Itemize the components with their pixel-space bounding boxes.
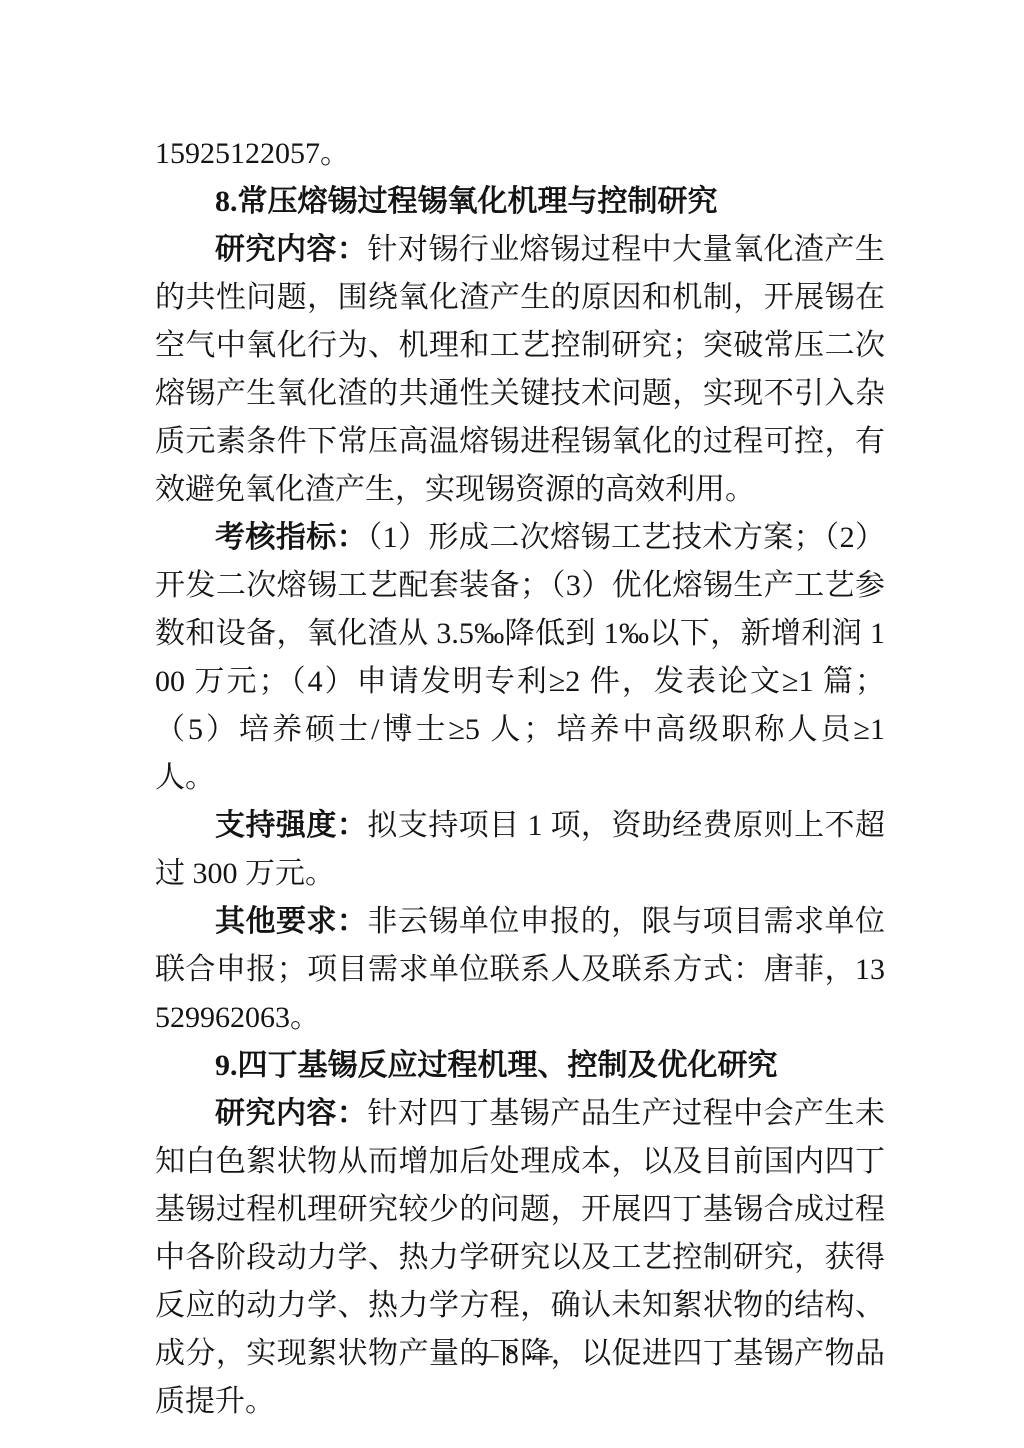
research-content-label: 研究内容： (215, 233, 367, 266)
section-8-heading: 8.常压熔锡过程锡氧化机理与控制研究 (155, 178, 885, 226)
support-strength-label: 支持强度： (215, 809, 367, 842)
section-8-research-content: 研究内容：针对锡行业熔锡过程中大量氧化渣产生的共性问题，围绕氧化渣产生的原因和机… (155, 226, 885, 514)
section-8-other-requirements: 其他要求：非云锡单位申报的，限与项目需求单位联合申报；项目需求单位联系人及联系方… (155, 898, 885, 1042)
paragraph-continuation-phone: 15925122057。 (155, 130, 885, 178)
research-content-text: 针对锡行业熔锡过程中大量氧化渣产生的共性问题，围绕氧化渣产生的原因和机制，开展锡… (155, 233, 885, 506)
assessment-indicators-label: 考核指标： (215, 521, 367, 554)
section-8-support-strength: 支持强度：拟支持项目 1 项，资助经费原则上不超过 300 万元。 (155, 802, 885, 898)
section-9-heading: 9.四丁基锡反应过程机理、控制及优化研究 (155, 1042, 885, 1090)
section-8-assessment-indicators: 考核指标：（1）形成二次熔锡工艺技术方案；（2）开发二次熔锡工艺配套装备；（3）… (155, 514, 885, 802)
document-page: 15925122057。 8.常压熔锡过程锡氧化机理与控制研究 研究内容：针对锡… (0, 0, 1024, 1448)
other-requirements-label: 其他要求： (215, 905, 367, 938)
research-content-label: 研究内容： (215, 1097, 367, 1130)
assessment-indicators-text: （1）形成二次熔锡工艺技术方案；（2）开发二次熔锡工艺配套装备；（3）优化熔锡生… (155, 521, 885, 794)
page-number: — 8 — (0, 1338, 1024, 1370)
section-9-research-content: 研究内容：针对四丁基锡产品生产过程中会产生未知白色絮状物从而增加后处理成本，以及… (155, 1090, 885, 1426)
